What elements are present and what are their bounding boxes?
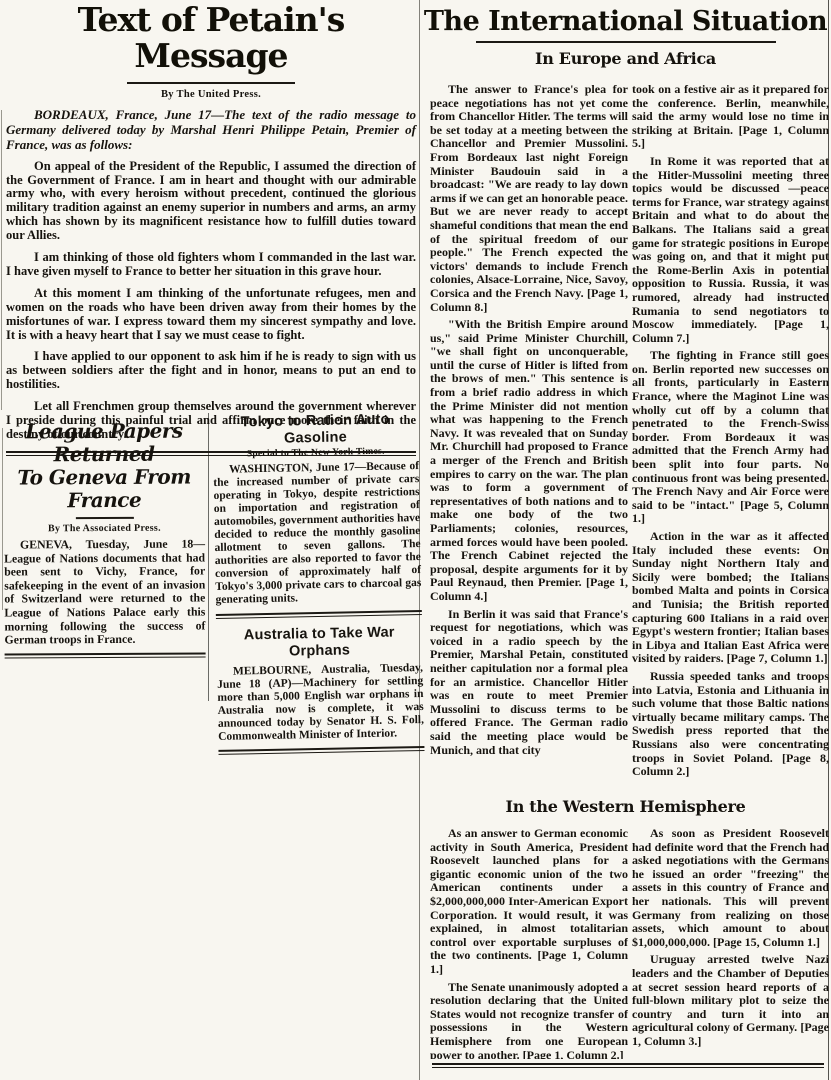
europe-africa-column-2: took on a festive air as it prepared for… (632, 83, 829, 795)
tokyo-end-rule (216, 610, 422, 619)
petain-headline-rule (127, 82, 295, 84)
western-hemisphere-heading: In the Western Hemisphere (420, 797, 831, 816)
international-headline: The International Situation (420, 6, 831, 37)
petain-paragraph: On appeal of the President of the Republ… (6, 160, 416, 243)
petain-headline: Text of Petain's Message (6, 2, 416, 75)
news-paragraph: The Senate unanimously adopted a resolut… (430, 981, 628, 1059)
western-hemisphere-column-1: As an answer to German economic activity… (430, 827, 628, 1059)
western-hemisphere-column-2: As soon as President Roosevelt had defin… (632, 827, 829, 1067)
news-paragraph: In Rome it was reported that at the Hitl… (632, 155, 829, 345)
europe-africa-heading: In Europe and Africa (420, 49, 831, 68)
petain-paragraph: I have applied to our opponent to ask hi… (6, 350, 416, 392)
australia-end-rule (218, 746, 424, 755)
tokyo-article: Tokyo to Ration Auto Gasoline Special to… (212, 411, 422, 607)
international-situation-section: The International Situation In Europe an… (420, 0, 831, 1080)
league-byline: By The Associated Press. (4, 522, 205, 534)
news-paragraph: took on a festive air as it prepared for… (632, 83, 829, 151)
petain-body: On appeal of the President of the Republ… (6, 160, 416, 442)
europe-africa-column-1: The answer to France's plea for peace ne… (430, 83, 628, 795)
petain-lead-paragraph: BORDEAUX, France, June 17—The text of th… (6, 107, 416, 152)
international-bottom-rule (432, 1063, 824, 1068)
australia-article: Australia to Take War Orphans MELBOURNE,… (216, 624, 424, 744)
news-paragraph: Uruguay arrested twelve Nazi leaders and… (632, 953, 829, 1048)
league-title-rule (75, 517, 133, 519)
league-headline-line1: League Papers Returned (3, 419, 204, 466)
league-body: GENEVA, Tuesday, June 18—League of Natio… (4, 537, 206, 647)
league-headline: League Papers Returned To Geneva From Fr… (3, 419, 204, 512)
australia-headline: Australia to Take War Orphans (216, 624, 423, 662)
left-edge-rule-top (1, 110, 2, 410)
news-paragraph: As soon as President Roosevelt had defin… (632, 827, 829, 949)
petain-article: Text of Petain's Message By The United P… (6, 2, 416, 456)
league-article: League Papers Returned To Geneva From Fr… (3, 419, 205, 658)
news-paragraph: As an answer to German economic activity… (430, 827, 628, 977)
league-end-rule (5, 652, 206, 658)
news-paragraph: In Berlin it was said that France's requ… (430, 608, 628, 758)
news-paragraph: The answer to France's plea for peace ne… (430, 83, 628, 314)
australia-body: MELBOURNE, Australia, Tuesday, June 18 (… (217, 662, 424, 744)
petain-paragraph: At this moment I am thinking of the unfo… (6, 287, 416, 343)
petain-paragraph: I am thinking of those old fighters whom… (6, 251, 416, 279)
middle-column: Tokyo to Ration Auto Gasoline Special to… (212, 411, 425, 764)
news-paragraph: Russia speeded tanks and troops into Lat… (632, 670, 829, 779)
league-headline-line2: To Geneva From France (4, 465, 205, 512)
news-paragraph: The fighting in France still goes on. Be… (632, 349, 829, 526)
news-paragraph: "With the British Empire around us," sai… (430, 318, 628, 603)
news-paragraph: Action in the war as it affected Italy i… (632, 530, 829, 666)
league-tokyo-divider (208, 413, 209, 701)
international-headline-rule (476, 41, 776, 43)
tokyo-headline: Tokyo to Ration Auto Gasoline (212, 411, 419, 449)
tokyo-body: WASHINGTON, June 17—Because of the incre… (213, 460, 422, 607)
petain-byline: By The United Press. (6, 89, 416, 100)
newspaper-page: Text of Petain's Message By The United P… (0, 0, 831, 1080)
